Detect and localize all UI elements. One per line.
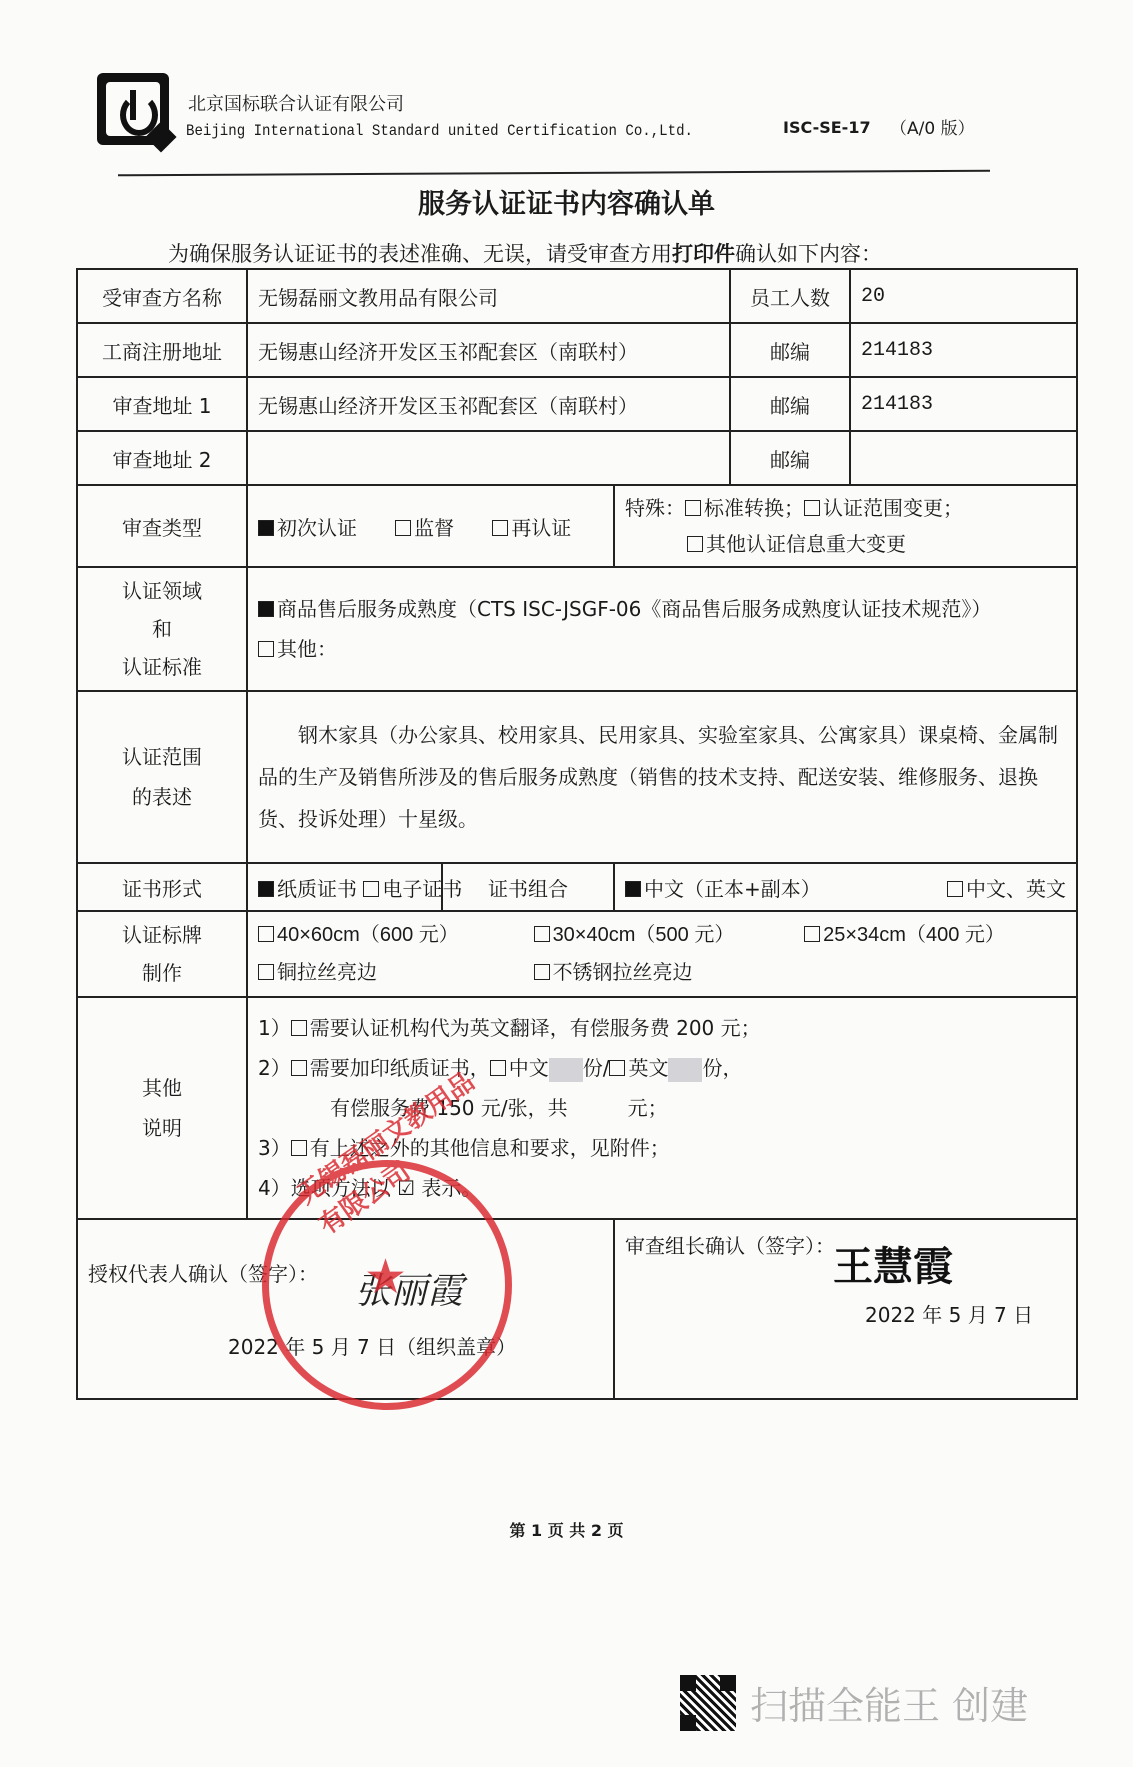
star-icon: ★ — [364, 1249, 407, 1305]
plaque-edge-copper-label: 铜拉丝亮边 — [277, 962, 377, 984]
audit-postcode2-label: 邮编 — [730, 431, 850, 485]
scanner-watermark: 扫描全能王 创建 — [750, 1675, 1028, 1730]
checkbox-icon — [291, 1140, 307, 1156]
checkbox-icon — [490, 1060, 506, 1076]
redacted-field[interactable] — [549, 1058, 583, 1082]
checkbox-checked-icon — [258, 881, 274, 897]
cert-form-paper[interactable]: 纸质证书 — [258, 877, 357, 901]
company-name-en: Beijing International Standard united Ce… — [186, 122, 693, 140]
checkbox-checked-icon — [258, 520, 274, 536]
field-option-other[interactable]: 其他： — [258, 629, 1066, 669]
other-label-1: 其他 — [88, 1068, 236, 1108]
checkbox-icon — [492, 520, 508, 536]
scope-text[interactable]: 钢木家具（办公家具、校用家具、民用家具、实验室家具、公寓家具）课桌椅、金属制品的… — [247, 691, 1077, 863]
other-2-cn: 中文 — [509, 1056, 549, 1080]
field-standard-label: 认证领域 和 认证标准 — [77, 567, 247, 691]
checkbox-icon — [258, 964, 274, 980]
audit-address2-value[interactable] — [247, 431, 730, 485]
company-name-cn: 北京国标联合认证有限公司 — [188, 90, 404, 116]
plaque-size-40x60-label: 40×60cm（600 元） — [277, 924, 459, 946]
audit-type-options: 初次认证 监督 再认证 — [247, 485, 614, 567]
special-other-change[interactable]: 其他认证信息重大变更 — [625, 532, 906, 556]
other-2-fee-unit: 元； — [628, 1096, 668, 1120]
qr-code-icon — [680, 1675, 736, 1731]
leader-signature-date: 2022 年 5 月 7 日 — [625, 1299, 1066, 1328]
scope-label-2: 的表述 — [88, 777, 236, 817]
plaque-options: 40×60cm（600 元） 30×40cm（500 元） 25×34cm（40… — [247, 911, 1077, 997]
audit-type-surveillance[interactable]: 监督 — [395, 516, 454, 540]
audit-type-recert-label: 再认证 — [511, 516, 571, 540]
field-option-service-maturity[interactable]: 商品售后服务成熟度（CTS ISC-JSGF-06《商品售后服务成熟度认证技术规… — [258, 589, 1066, 629]
scope-label: 认证范围 的表述 — [77, 691, 247, 863]
field-label-1: 认证领域 — [88, 572, 236, 610]
audit-type-label: 审查类型 — [77, 485, 247, 567]
checkbox-icon — [804, 926, 820, 942]
auditee-name-label: 受审查方名称 — [77, 269, 247, 323]
other-note-2[interactable]: 2）需要加印纸质证书，中文份/英文份， — [258, 1048, 1066, 1088]
plaque-size-40x60[interactable]: 40×60cm（600 元） — [258, 916, 528, 954]
other-1-prefix: 1） — [258, 1016, 291, 1040]
audit-address1-value[interactable]: 无锡惠山经济开发区玉祁配套区（南联村） — [247, 377, 730, 431]
audit-type-initial-label: 初次认证 — [277, 516, 357, 540]
audit-type-initial[interactable]: 初次认证 — [258, 516, 357, 540]
other-2-end: 份， — [702, 1056, 742, 1080]
intro-bold: 打印件 — [672, 242, 735, 266]
intro-text: 为确保服务认证证书的表述准确、无误，请受审查方用打印件确认如下内容： — [168, 238, 882, 268]
audit-type-recert[interactable]: 再认证 — [492, 516, 571, 540]
plaque-label-2: 制作 — [88, 954, 236, 992]
page-title: 服务认证证书内容确认单 — [0, 182, 1133, 221]
intro-after: 确认如下内容： — [735, 242, 882, 266]
plaque-size-30x40[interactable]: 30×40cm（500 元） — [534, 916, 799, 954]
other-label-2: 说明 — [88, 1108, 236, 1148]
cert-combo-label: 证书组合 — [442, 863, 614, 911]
cert-combo-cn-en-label: 中文、英文 — [966, 877, 1066, 901]
redacted-field[interactable] — [668, 1058, 702, 1082]
checkbox-icon — [687, 536, 703, 552]
checkbox-icon — [363, 881, 379, 897]
checkbox-icon — [609, 1060, 625, 1076]
other-2-mid: 份/ — [583, 1056, 610, 1080]
cert-form-options: 纸质证书 电子证书 — [247, 863, 442, 911]
checkbox-icon — [258, 641, 274, 657]
cert-combo-label-text: 证书组合 — [488, 877, 568, 901]
cert-form-label: 证书形式 — [77, 863, 247, 911]
leader-signature: 王慧霞 — [833, 1235, 953, 1292]
checkbox-icon — [685, 500, 701, 516]
special-standard-transition-label: 标准转换； — [704, 496, 804, 520]
checkbox-icon — [291, 1060, 307, 1076]
cert-form-paper-label: 纸质证书 — [277, 877, 357, 901]
field-standard-options: 商品售后服务成熟度（CTS ISC-JSGF-06《商品售后服务成熟度认证技术规… — [247, 567, 1077, 691]
checkbox-icon — [534, 926, 550, 942]
reg-postcode-value[interactable]: 214183 — [850, 323, 1077, 377]
cert-combo-cn[interactable]: 中文（正本+副本） — [625, 877, 821, 901]
plaque-label: 认证标牌 制作 — [77, 911, 247, 997]
special-label: 特殊： — [625, 496, 685, 520]
plaque-edge-steel[interactable]: 不锈钢拉丝亮边 — [534, 962, 693, 984]
other-2-en: 英文 — [628, 1056, 668, 1080]
employees-label: 员工人数 — [730, 269, 850, 323]
checkbox-icon — [534, 964, 550, 980]
header-divider — [118, 170, 990, 177]
other-notes-label: 其他 说明 — [77, 997, 247, 1219]
audit-postcode1-label: 邮编 — [730, 377, 850, 431]
reg-address-label: 工商注册地址 — [77, 323, 247, 377]
confirmation-form: 受审查方名称 无锡磊丽文教用品有限公司 员工人数 20 工商注册地址 无锡惠山经… — [76, 268, 1076, 1400]
cert-combo-options: 中文（正本+副本） 中文、英文 — [614, 863, 1077, 911]
scope-label-1: 认证范围 — [88, 737, 236, 777]
document-code: ISC-SE-17 — [783, 118, 871, 137]
special-standard-transition[interactable]: 标准转换； — [685, 496, 804, 520]
other-2-prefix: 2） — [258, 1056, 291, 1080]
reg-address-value[interactable]: 无锡惠山经济开发区玉祁配套区（南联村） — [247, 323, 730, 377]
field-option-2-label: 其他： — [277, 637, 337, 661]
cert-combo-cn-en[interactable]: 中文、英文 — [947, 873, 1066, 902]
plaque-size-30x40-label: 30×40cm（500 元） — [553, 924, 735, 946]
document-version: （A/0 版） — [890, 114, 975, 139]
plaque-size-25x34[interactable]: 25×34cm（400 元） — [804, 924, 1005, 946]
special-other-change-label: 其他认证信息重大变更 — [706, 532, 906, 556]
special-options: 特殊：标准转换；认证范围变更； 其他认证信息重大变更 — [614, 485, 1077, 567]
plaque-edge-steel-label: 不锈钢拉丝亮边 — [553, 962, 693, 984]
cert-form-electronic[interactable]: 电子证书 — [363, 877, 462, 901]
field-option-1-label: 商品售后服务成熟度（CTS ISC-JSGF-06《商品售后服务成熟度认证技术规… — [277, 597, 991, 621]
audit-postcode1-value[interactable]: 214183 — [850, 377, 1077, 431]
field-label-2: 和 — [88, 610, 236, 648]
checkbox-icon — [947, 881, 963, 897]
checkbox-icon — [804, 500, 820, 516]
other-1-text: 需要认证机构代为英文翻译，有偿服务费 200 元； — [310, 1016, 761, 1040]
special-scope-change-label: 认证范围变更； — [823, 496, 963, 520]
auditee-name-value[interactable]: 无锡磊丽文教用品有限公司 — [247, 269, 730, 323]
checkbox-checked-icon — [625, 881, 641, 897]
company-seal-stamp: 无锡磊丽文教用品有限公司 ★ — [262, 1160, 512, 1410]
checkbox-icon — [258, 926, 274, 942]
plaque-size-25x34-label: 25×34cm（400 元） — [823, 924, 1005, 946]
checkbox-icon — [291, 1020, 307, 1036]
checkbox-icon — [395, 520, 411, 536]
field-label-3: 认证标准 — [88, 648, 236, 686]
audit-address2-label: 审查地址 2 — [77, 431, 247, 485]
page-number: 第 1 页 共 2 页 — [0, 1518, 1133, 1541]
checkbox-checked-icon — [258, 601, 274, 617]
special-scope-change[interactable]: 认证范围变更； — [804, 496, 963, 520]
employees-value[interactable]: 20 — [850, 269, 1077, 323]
other-note-1[interactable]: 1）需要认证机构代为英文翻译，有偿服务费 200 元； — [258, 1008, 1066, 1048]
audit-address1-label: 审查地址 1 — [77, 377, 247, 431]
plaque-label-1: 认证标牌 — [88, 916, 236, 954]
plaque-edge-copper[interactable]: 铜拉丝亮边 — [258, 954, 528, 992]
other-3-prefix: 3） — [258, 1136, 291, 1160]
isc-logo-icon — [97, 73, 169, 145]
cert-combo-cn-label: 中文（正本+副本） — [644, 877, 821, 901]
audit-postcode2-value[interactable] — [850, 431, 1077, 485]
audit-type-surveillance-label: 监督 — [414, 516, 454, 540]
reg-postcode-label: 邮编 — [730, 323, 850, 377]
intro-before: 为确保服务认证证书的表述准确、无误，请受审查方用 — [168, 242, 672, 266]
cert-form-electronic-label: 电子证书 — [382, 877, 462, 901]
